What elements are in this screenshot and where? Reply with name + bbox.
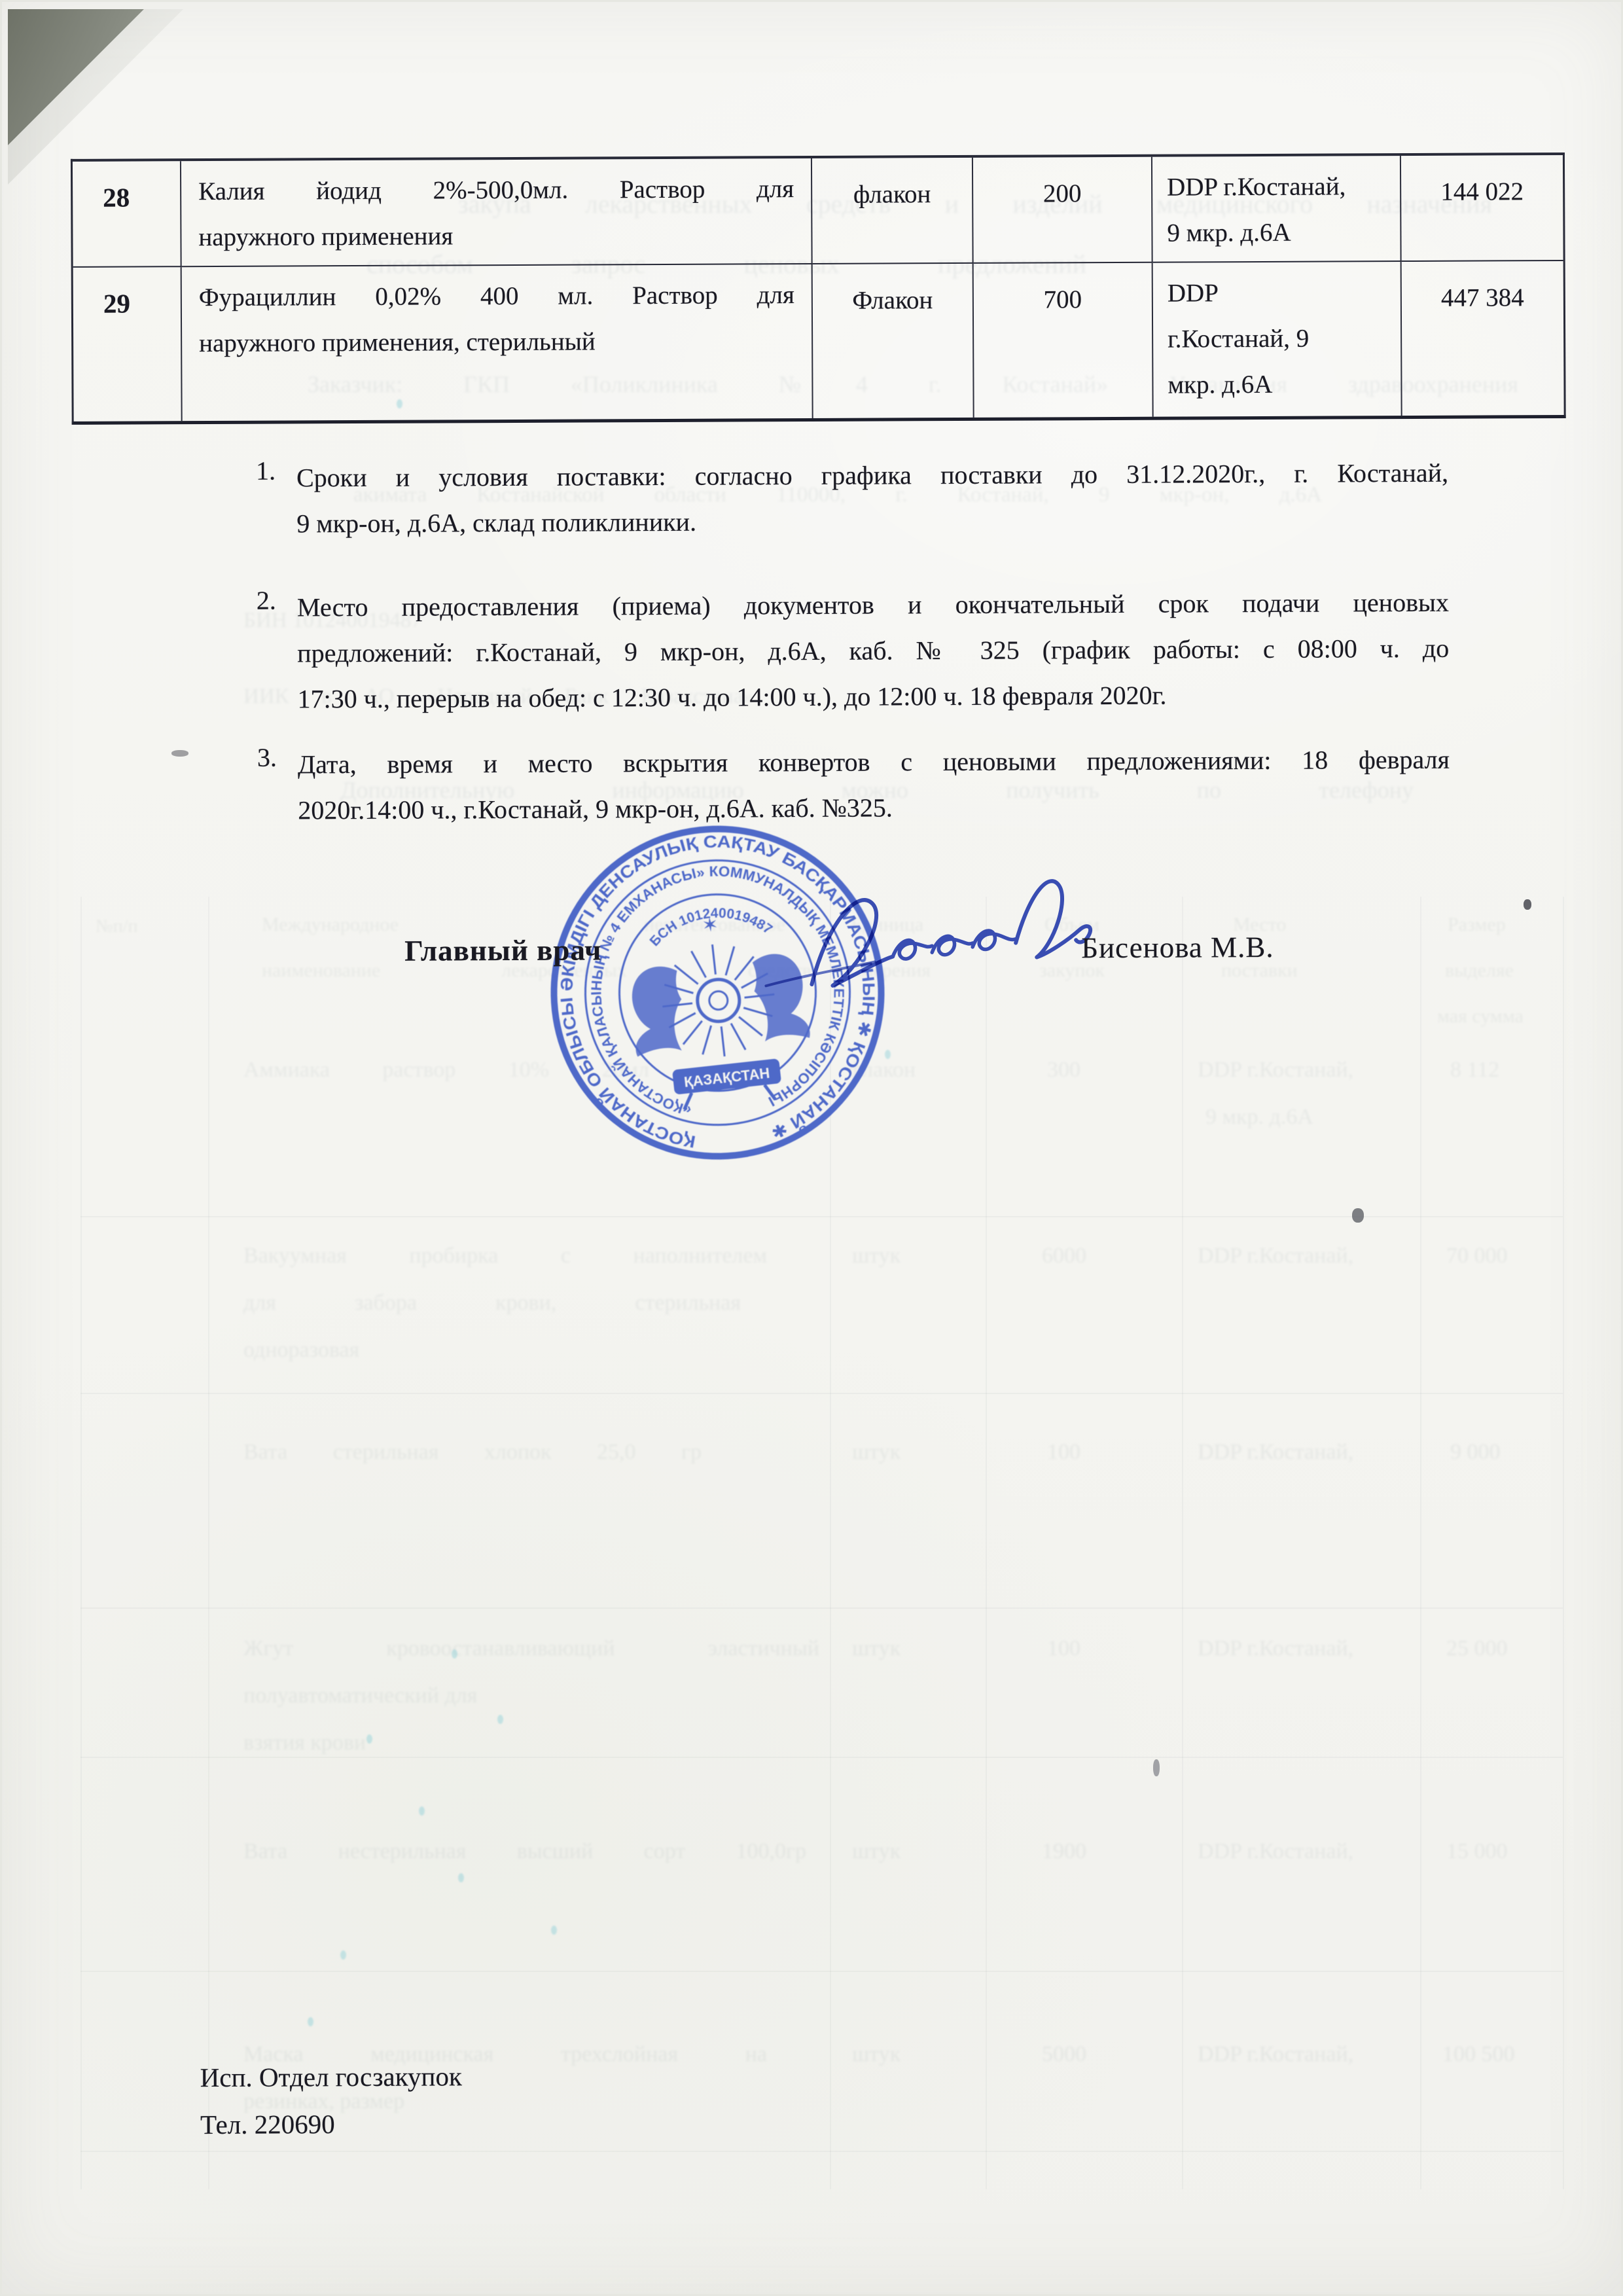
term-number: 3. (257, 742, 277, 773)
blue-ink-fleck (397, 399, 402, 408)
term-number: 1. (256, 456, 276, 486)
scanned-document-page: закупа лекарственных средств и изделий м… (0, 0, 1623, 2296)
ink-speck (171, 750, 188, 757)
blue-ink-fleck (419, 1806, 425, 1816)
signer-role-label: Главный врач (404, 933, 601, 967)
blue-ink-fleck (458, 1873, 464, 1882)
item-name-line: Калия йодид 2%-500,0мл. Раствор для (198, 166, 794, 215)
footer-phone-line: Тел. 220690 (200, 2108, 335, 2140)
ink-speck (1153, 1759, 1160, 1776)
item-name-line: наружного применения, стерильный (199, 318, 794, 367)
footer-executor-line: Исп. Отдел госзакупок (200, 2060, 462, 2093)
blue-ink-fleck (885, 1050, 891, 1059)
table-cell-row-number: 28 (73, 161, 182, 268)
table-cell-item-name: Фурациллин 0,02% 400 мл. Раствор для нар… (182, 264, 813, 421)
items-table: 28 Калия йодид 2%-500,0мл. Раствор для н… (71, 152, 1566, 425)
term-line: Дата, время и место вскрытия конвертов с… (298, 737, 1450, 788)
table-cell-item-name: Калия йодид 2%-500,0мл. Раствор для нару… (181, 158, 813, 267)
ink-speck (1352, 1208, 1364, 1223)
blue-ink-fleck (340, 1950, 346, 1960)
delivery-place-line: мкр. д.6А (1168, 361, 1389, 408)
item-name-line: наружного применения (198, 212, 794, 260)
term-line: Место предоставления (приема) документов… (297, 580, 1449, 631)
delivery-place-line: г.Костанай, 9 (1168, 315, 1389, 362)
blue-ink-fleck (366, 1734, 372, 1744)
ink-speck (1524, 899, 1531, 910)
term-line: 9 мкр-он, д.6А, склад поликлиники. (296, 496, 1448, 547)
delivery-place-line: 9 мкр. д.6А (1167, 209, 1388, 256)
table-cell-unit: Флакон (813, 264, 974, 418)
table-cell-sum: 144 022 (1401, 155, 1563, 262)
term-item-1: 1. Сроки и условия поставки: согласно гр… (256, 450, 1453, 547)
table-cell-quantity: 700 (974, 263, 1154, 418)
document-content: 28 Калия йодид 2%-500,0мл. Раствор для н… (0, 0, 1623, 2296)
table-cell-quantity: 200 (973, 157, 1153, 264)
term-item-2: 2. Место предоставления (приема) докумен… (257, 580, 1454, 723)
term-line: Сроки и условия поставки: согласно графи… (296, 450, 1448, 501)
term-number: 2. (257, 585, 276, 616)
table-cell-sum: 447 384 (1402, 261, 1564, 416)
blue-ink-fleck (452, 1649, 457, 1659)
delivery-place-line: DDP (1168, 270, 1389, 316)
blue-ink-fleck (497, 1715, 503, 1724)
emblem-mythic-horse-left (627, 964, 687, 1056)
signer-name-label: Бисенова М.В. (1081, 930, 1274, 965)
delivery-place-line: DDP г.Костанай, (1167, 164, 1388, 210)
handwritten-signature (746, 844, 1166, 1003)
term-line: предложений: г.Костанай, 9 мкр-он, д.6А,… (297, 626, 1449, 677)
table-cell-delivery-place: DDP г.Костанай, 9 мкр. д.6А (1153, 262, 1402, 417)
table-cell-row-number: 29 (73, 267, 183, 422)
item-name-line: Фурациллин 0,02% 400 мл. Раствор для (199, 272, 794, 321)
blue-ink-fleck (551, 1926, 557, 1935)
term-line: 17:30 ч., перерыв на обед: с 12:30 ч. до… (297, 672, 1449, 723)
emblem-star-icon: ✶ (701, 914, 720, 937)
table-cell-unit: флакон (812, 158, 974, 264)
blue-ink-fleck (308, 2017, 313, 2026)
table-cell-delivery-place: DDP г.Костанай, 9 мкр. д.6А (1152, 156, 1402, 263)
